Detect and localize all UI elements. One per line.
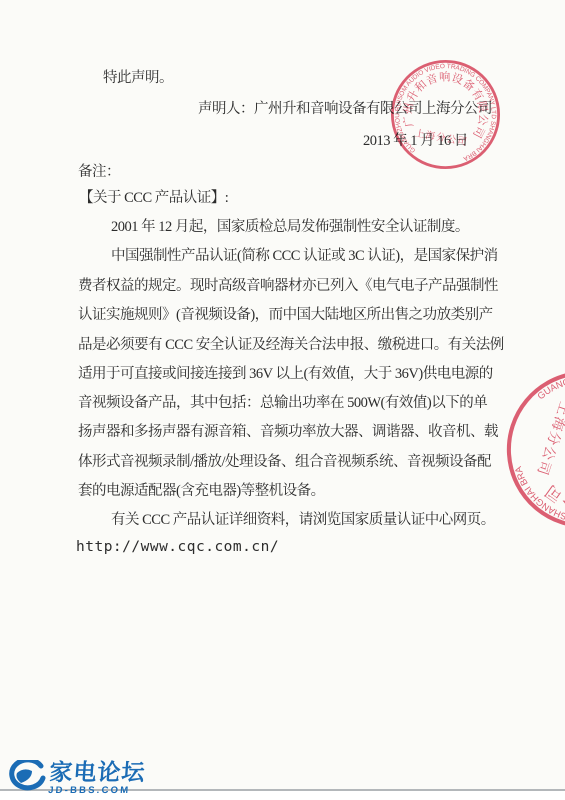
body-line: 品是必须要有 CCC 安全认证及经海关合法申报、缴税进口。有关法例 xyxy=(78,333,504,354)
watermark-logo: 家电论坛 JD-BBS.COM xyxy=(5,760,145,796)
url-line: http://www.cqc.com.cn/ xyxy=(76,539,279,555)
company-seal-stamp-partial: GUANGZHOU RUISOM AUDIO VIDEO TRADING COM… xyxy=(483,347,565,552)
body-line: 有关 CCC 产品认证详细资料，请浏览国家质量认证中心网页。 xyxy=(111,508,495,529)
seal-center-text: 上海分公司 xyxy=(414,127,469,148)
body-line: 中国强制性产品认证(简称 CCC 认证或 3C 认证)，是国家保护消 xyxy=(111,244,498,265)
scanned-document-page: 特此声明。 声明人：广州升和音响设备有限公司上海分公司 2013 年 1 月 1… xyxy=(0,0,565,800)
seal-center-text: 上海分公司 xyxy=(534,400,565,478)
watermark-domain-text: JD-BBS.COM xyxy=(48,786,145,796)
seal-graphic: GUANGZHOU RUISOM AUDIO VIDEO TRADING COM… xyxy=(380,49,511,180)
watermark-brand-text: 家电论坛 xyxy=(49,760,147,785)
notes-label: 备注： xyxy=(78,160,120,181)
company-seal-stamp: GUANGZHOU RUISOM AUDIO VIDEO TRADING COM… xyxy=(380,49,511,180)
section-heading: 【关于 CCC 产品认证】: xyxy=(79,186,228,207)
seal-graphic: GUANGZHOU RUISOM AUDIO VIDEO TRADING COM… xyxy=(483,347,565,552)
body-line: 体形式音视频录制/播放/处理设备、组合音视频系统、音视频设备配 xyxy=(78,450,491,471)
body-line: 音视频设备产品，其中包括：总输出功率在 500W(有效值)以下的单 xyxy=(78,391,487,412)
body-line: 费者权益的规定。现时高级音响器材亦已列入《电气电子产品强制性 xyxy=(78,274,498,295)
swirl-logo-icon xyxy=(5,760,46,795)
body-line: 适用于可直接或间接连接到 36V 以上(有效值，大于 36V)供电电源的 xyxy=(78,362,493,383)
closing-statement: 特此声明。 xyxy=(103,66,173,87)
body-line: 扬声器和多扬声器有源音箱、音频功率放大器、调谐器、收音机、载 xyxy=(78,420,498,441)
body-line: 2001 年 12 月起，国家质检总局发佈强制性安全认证制度。 xyxy=(111,215,469,236)
body-line: 套的电源适配器(含充电器)等整机设备。 xyxy=(78,479,325,500)
body-line: 认证实施规则》(音视频设备)，而中国大陆地区所出售之功放类别产 xyxy=(78,303,493,324)
